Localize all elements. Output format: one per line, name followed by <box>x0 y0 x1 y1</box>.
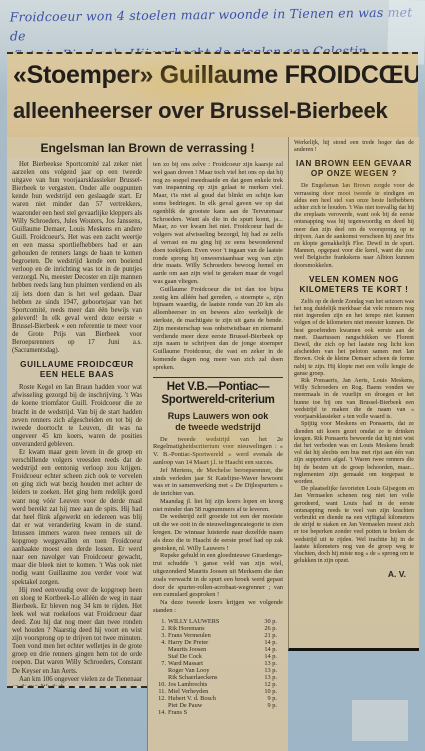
article-paragraph: De Engelsman Ian Brown zorgde voor de ve… <box>294 183 414 269</box>
article-paragraph: Rupske gehuld in een gloednieuwe Girarde… <box>153 552 283 599</box>
result-name: Rik Schaerlaeckens <box>168 674 253 681</box>
result-row: Rik Schaerlaeckens13 p. <box>153 674 283 681</box>
result-position: 11. <box>153 688 168 695</box>
article-paragraph: Aan km 106 ongeveer vielen ze de Tienena… <box>12 676 142 688</box>
criterium-title-line2: Sportwereld-criterium <box>153 394 283 408</box>
result-position: 14. <box>153 709 168 716</box>
section-heading-kilometers: VELEN KOMEN NOG KILOMETERS TE KORT ! <box>296 275 412 295</box>
headline-line2: alleenheerser over Brussel-Bierbeek <box>13 94 413 128</box>
article-paragraph: Er kwam maar geen leven in de groep en v… <box>12 449 142 587</box>
result-row: Staf De Cock14 p. <box>153 653 283 660</box>
result-position: 3. <box>153 632 168 639</box>
result-name: Harry De Preter <box>168 639 253 646</box>
result-name: Frans Vermeulen <box>168 632 253 639</box>
section-heading-froidcoeur: GUILLAUME FROIDCŒUR EEN HELE BAAS <box>14 360 140 380</box>
result-name: Frans S <box>168 709 253 716</box>
article-paragraph: Zelfs op de derde Zondag van het seizoen… <box>294 299 414 378</box>
result-row: 14.Frans S <box>153 709 283 716</box>
result-position: 10. <box>153 681 168 688</box>
criterium-subtitle: Rups Lauwers won ook de tweede wedstrijd <box>153 411 283 433</box>
result-name: Rik Horemans <box>168 625 253 632</box>
article-paragraph: Rik Ponsaerts, Jan Aerts, Louis Meskens,… <box>294 378 414 421</box>
headline-line1: «Stoemper» Guillaume FROIDCŒUR <box>13 57 413 94</box>
result-position <box>153 646 168 653</box>
subheadline: Engelsman Ian Brown de verrassing ! <box>7 137 288 158</box>
article-paragraph: Maandag jl. liet hij zijn koers lopen en… <box>153 498 283 514</box>
article-paragraph: Jef Mertens, de Mechelse beroepsrenner, … <box>153 467 283 498</box>
result-row: 7.Ward Massart13 p. <box>153 660 283 667</box>
result-points: 14 p. <box>253 639 283 646</box>
article-paragraph: Guillaume Froidcoeur die tot dan toe bij… <box>153 286 283 372</box>
result-row: 1.WILLY LAUWERS30 p. <box>153 618 283 625</box>
result-name: Roger Van Looy <box>168 667 253 674</box>
scrapbook-page: Froidcoeur won 4 stoelen maar woonde in … <box>0 0 425 751</box>
result-row: Roger Van Looy13 p. <box>153 667 283 674</box>
result-row: 4.Harry De Preter14 p. <box>153 639 283 646</box>
result-name: Maurits Joosen <box>168 646 253 653</box>
result-position: 7. <box>153 660 168 667</box>
result-points: 9 p. <box>253 702 283 709</box>
result-position: 2. <box>153 625 168 632</box>
result-position <box>153 667 168 674</box>
article-column-middle: ten zo bij ons zelve : Froidcoeur zijn k… <box>147 158 288 751</box>
result-row: 2.Rik Horemans26 p. <box>153 625 283 632</box>
article-paragraph: De wedstrijd zelf groeide tot een der mo… <box>153 513 283 552</box>
article-paragraph: ten zo bij ons zelve : Froidcoeur zijn k… <box>153 161 283 286</box>
result-name: WILLY LAUWERS <box>168 618 253 625</box>
result-points: 10 p. <box>253 688 283 695</box>
result-name: Piet De Pauw <box>168 702 253 709</box>
standings-list: 1.WILLY LAUWERS30 p. 2.Rik Horemans26 p.… <box>153 618 283 716</box>
result-name: Hubert V. d. Bosch <box>168 695 253 702</box>
result-position: 4. <box>153 639 168 646</box>
result-name: Ward Massart <box>168 660 253 667</box>
result-points: 12 p. <box>253 681 283 688</box>
article-paragraph: Het Bierbeekse Sportcomité zal zeker nie… <box>12 161 142 355</box>
result-points <box>253 709 283 716</box>
article-column-right: Werkelijk, hij stond een trede hoger dan… <box>288 137 419 651</box>
criterium-box-heading: Het V.B.—Pontiac— Sportwereld-criterium … <box>153 377 283 433</box>
result-position: 12. <box>153 695 168 702</box>
article-column-left: Het Bierbeekse Sportcomité zal zeker nie… <box>7 158 147 688</box>
clipping-headline-block: «Stoemper» Guillaume FROIDCŒUR alleenhee… <box>7 52 418 137</box>
result-points: 21 p. <box>253 632 283 639</box>
result-position <box>153 674 168 681</box>
result-row: 3.Frans Vermeulen21 p. <box>153 632 283 639</box>
result-row: 11.Miel Verheyden10 p. <box>153 688 283 695</box>
annotation-line1: Froidcoeur won 4 stoelen maar woonde in … <box>10 3 418 46</box>
result-row: Piet De Pauw9 p. <box>153 702 283 709</box>
article-paragraph: Spijtig voor Meskens en Ponsaerts, dat z… <box>294 421 414 486</box>
result-points: 14 p. <box>253 653 283 660</box>
result-name: Staf De Cock <box>168 653 253 660</box>
criterium-title-line1: Het V.B.—Pontiac— <box>153 381 283 395</box>
article-paragraph: Na deze tweede koers krijgen we volgende… <box>153 599 283 615</box>
result-points: 13 p. <box>253 674 283 681</box>
section-heading-ian-brown: IAN BROWN EEN GEVAAR OP ONZE WEGEN ? <box>296 159 412 179</box>
article-paragraph: De plaatselijke favorieten Louis Gijsego… <box>294 486 414 565</box>
result-points: 14 p. <box>253 646 283 653</box>
result-name: Miel Verheyden <box>168 688 253 695</box>
result-points: 26 p. <box>253 625 283 632</box>
result-position: 1. <box>153 618 168 625</box>
article-paragraph: Hij reed eenvoudig over de kopgroep heen… <box>12 587 142 676</box>
result-name: Jos Lambrechts <box>168 681 253 688</box>
result-row: 10.Jos Lambrechts12 p. <box>153 681 283 688</box>
result-position <box>153 702 168 709</box>
author-initials: A. V. <box>294 571 406 578</box>
article-paragraph: De tweede wedstrijd van het 2e Regelmati… <box>153 436 283 467</box>
result-points: 30 p. <box>253 618 283 625</box>
result-points: 13 p. <box>253 667 283 674</box>
criterium-subtitle-line2: de tweede wedstrijd <box>153 422 283 433</box>
article-paragraph: Werkelijk, hij stond een trede hoger dan… <box>294 140 414 154</box>
criterium-subtitle-line1: Rups Lauwers won ook <box>153 411 283 422</box>
result-position <box>153 653 168 660</box>
result-row: 12.Hubert V. d. Bosch9 p. <box>153 695 283 702</box>
result-points: 13 p. <box>253 660 283 667</box>
result-row: Maurits Joosen14 p. <box>153 646 283 653</box>
paper-scrap <box>352 700 408 741</box>
article-paragraph: Roste Kegel en Ian Braun hadden voor wat… <box>12 384 142 449</box>
result-points: 9 p. <box>253 695 283 702</box>
